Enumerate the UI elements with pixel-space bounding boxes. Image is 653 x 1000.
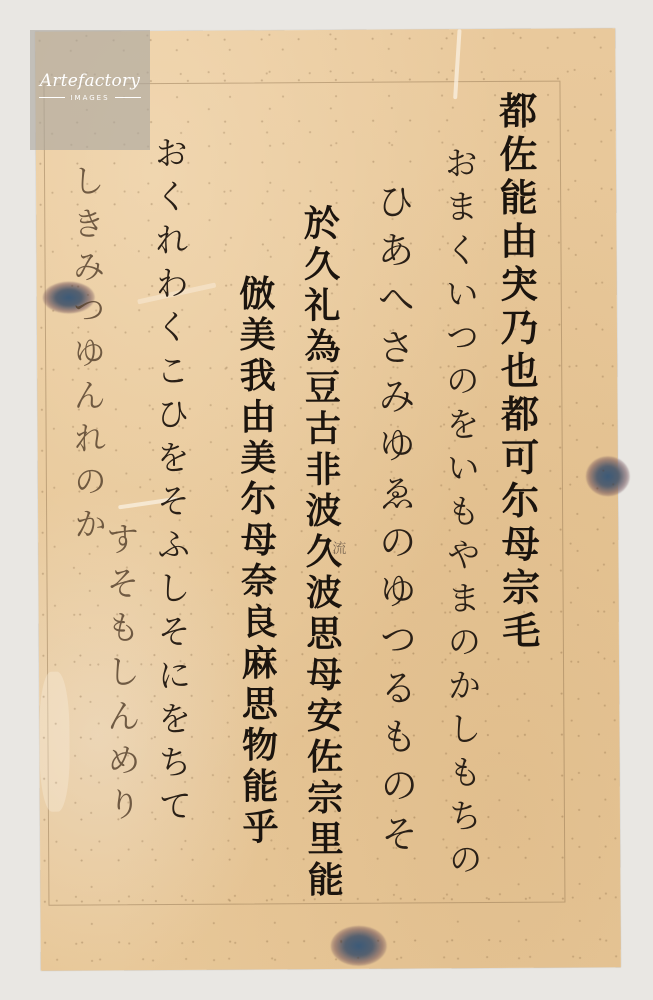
watermark-subtitle-text: IMAGES bbox=[70, 94, 109, 102]
calligraphy-column-2: おまくいつのをいもやまのかしもちの bbox=[441, 145, 480, 885]
calligraphy-column-7: しきみつゆんれのか bbox=[70, 163, 105, 549]
calligraphy-column-6: おくれわくこひをそふしそにをちて bbox=[151, 135, 189, 832]
watermark-rule-left bbox=[39, 97, 65, 98]
watermark: Artefactory IMAGES bbox=[30, 30, 150, 150]
paper-crack bbox=[39, 672, 70, 812]
watermark-rule-right bbox=[115, 97, 141, 98]
blue-stain bbox=[331, 926, 387, 966]
calligraphy-column-5: 倣美我由美尓母奈良麻思物能乎 bbox=[237, 274, 277, 849]
calligraphy-column-1: 都佐能由宊乃也都可尓母宗毛 bbox=[496, 91, 537, 654]
watermark-title: Artefactory bbox=[40, 71, 140, 91]
calligraphy-column-3: ひあへさみゆゑのゆつるものそ bbox=[373, 181, 415, 862]
calligraphy-column-8: すそもしんめり bbox=[102, 521, 138, 831]
manuscript-paper: 都佐能由宊乃也都可尓母宗毛 おまくいつのをいもやまのかしもちの ひあへさみゆゑの… bbox=[35, 28, 621, 971]
watermark-subtitle: IMAGES bbox=[39, 94, 140, 102]
blue-stain bbox=[586, 456, 630, 496]
margin-annotation: 流 bbox=[332, 538, 346, 558]
